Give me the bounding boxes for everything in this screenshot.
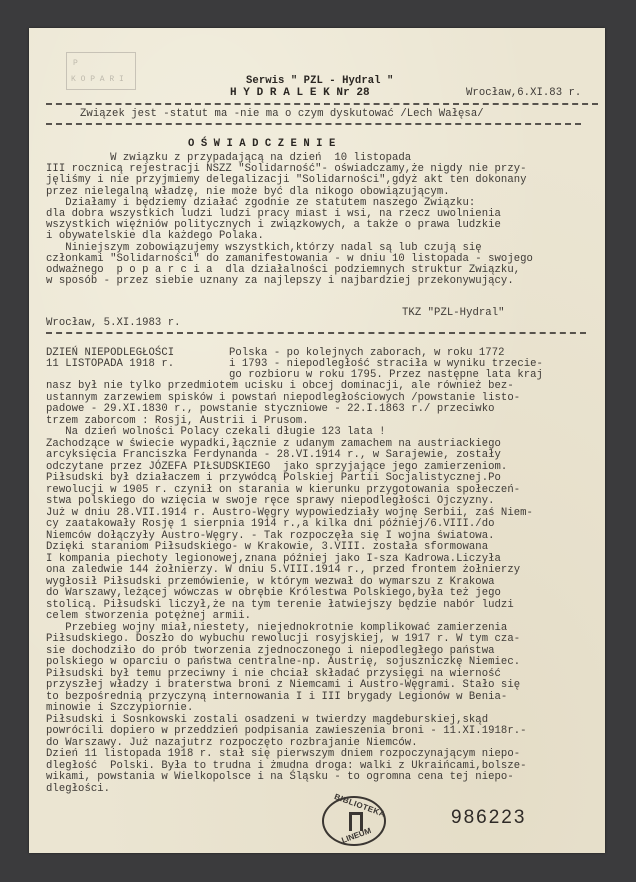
- article-line: Na dzień wolności Polacy czekali długie …: [46, 427, 386, 438]
- stamp-text: K O P A R I: [71, 75, 124, 84]
- article-line: minowie i Szczypiornie.: [46, 703, 193, 714]
- article-line: wikami, powstania w Wielkopolsce i na Śl…: [46, 772, 514, 783]
- stamp-text: P: [73, 59, 78, 68]
- declaration-line: w sposób - przez siebie uznany za najlep…: [46, 276, 514, 287]
- bulletin-title: H Y D R A L E K Nr 28: [230, 88, 370, 99]
- article-line: wygłosił Piłsudski przemówienie, w który…: [46, 577, 495, 588]
- faded-archive-stamp: P K O P A R I: [66, 52, 136, 90]
- article-line: Już w dniu 28.VII.1914 r. Austro-Węgry w…: [46, 508, 533, 519]
- article-line: Niemców dołączyły Austro-Węgry. - Tak ro…: [46, 531, 495, 542]
- divider: [46, 332, 586, 334]
- article-line: celem stworzenia potężnej armii.: [46, 611, 251, 622]
- article-line: to bezpośrednią przyczyną internowania I…: [46, 692, 507, 703]
- article-line: przyszłej władzy i braterstwa broni z Ni…: [46, 680, 520, 691]
- article-line: odczytane przez JÓZEFA PIŁSUDSKIEGO jako…: [46, 462, 507, 473]
- article-line: stwa polskiego do wzięcia w swoje ręce s…: [46, 496, 495, 507]
- article-line: ustannym zarzewiem spisków i powstań nie…: [46, 393, 520, 404]
- article-line: stolicą. Piłsudski liczył,że na tym tere…: [46, 600, 514, 611]
- declaration-line: i obywatelskie dla każdego Polaka.: [46, 231, 264, 242]
- article-line: trzem zaborcom : Rosji, Austrii i Prusom…: [46, 416, 309, 427]
- service-line: Serwis " PZL - Hydral ": [246, 76, 393, 87]
- article-line: Dzień 11 listopada 1918 r. stał się pier…: [46, 749, 520, 760]
- article-line: Przebieg wojny miał,niestety, niejednokr…: [46, 623, 507, 634]
- article-heading-2: 11 LISTOPADA 1918 r.: [46, 359, 174, 370]
- article-line: I kompania piechoty legionowej,znana póź…: [46, 554, 501, 565]
- article-line: do Warszawy,leżącej wówczas w obrębie Kr…: [46, 588, 501, 599]
- header-place-date: Wrocław,6.XI.83 r.: [466, 88, 581, 99]
- library-stamp: BIBLIOTEKA LINEUM: [322, 796, 386, 846]
- article-line: Dzięki staraniom Piłsudskiego- w Krakowi…: [46, 542, 488, 553]
- divider: [46, 103, 598, 105]
- motto: Związek jest -statut ma -nie ma o czym d…: [80, 109, 484, 120]
- article-line: nasz był nie tylko przedmiotem ucisku i …: [46, 381, 514, 392]
- article-line: padowe - 29.XI.1830 r., powstanie styczn…: [46, 404, 495, 415]
- article-line: dległości.: [46, 784, 110, 795]
- article-line: Piłsudskiego. Doszło do wybuchu rewolucj…: [46, 634, 520, 645]
- declaration-signature: TKZ "PZL-Hydral": [402, 308, 505, 319]
- declaration-place-date: Wrocław, 5.XI.1983 r.: [46, 318, 181, 329]
- article-line: Zachodzące w świecie wypadki,łącznie z u…: [46, 439, 501, 450]
- divider: [46, 123, 581, 125]
- article-line: powrócili dopiero w przeddzień podpisani…: [46, 726, 527, 737]
- article-line: cy zaatakowały Rosję 1 sierpnia 1914 r.,…: [46, 519, 495, 530]
- article-line: do Warszawy. Już nazajutrz rozpoczęto ro…: [46, 738, 418, 749]
- article-line: Piłsudski był temu przeciwny i nie chcia…: [46, 669, 501, 680]
- article-line: polskiego w oparciu o państwa centralne-…: [46, 657, 520, 668]
- declaration-title: O Ś W I A D C Z E N I E: [188, 139, 335, 150]
- declaration-line: jęliśmy i nie przyjmiemy delegalizacji "…: [46, 175, 527, 186]
- article-line: dległość Polski. Była to trudna i żmudna…: [46, 761, 527, 772]
- article-line: arcyksięcia Franciszka Ferdynanda - 28.V…: [46, 450, 501, 461]
- declaration-line: przez nielegalną władzę, nie może być dl…: [46, 187, 450, 198]
- article-line: rewolucji w 1905 r. czynił on starania w…: [46, 485, 520, 496]
- inventory-number: 986223: [451, 807, 526, 829]
- article-line: Piłsudski i Sosnkowski zostali osadzeni …: [46, 715, 488, 726]
- article-line: ona zaledwie 144 żołnierzy. W dniu 5.VII…: [46, 565, 520, 576]
- declaration-line: Niniejszym zobowiązujemy wszystkich,któr…: [46, 243, 482, 254]
- article-line: Piłsudski był działaczem i przywódcą Pol…: [46, 473, 501, 484]
- article-line: sie dochodziło do prób tworzenia zjednoc…: [46, 646, 495, 657]
